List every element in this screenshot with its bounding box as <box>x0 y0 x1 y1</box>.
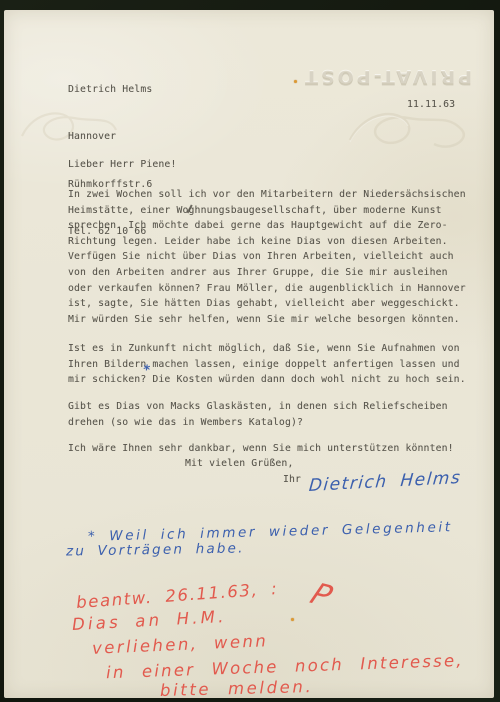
pinhole-dot <box>294 80 297 83</box>
sender-name: Dietrich Helms <box>68 82 152 98</box>
paragraph-2: Ist es in Zunkunft nicht möglich, daß Si… <box>68 341 466 388</box>
red-annotation-line-5: bitte melden. <box>160 677 314 700</box>
paragraph-3: Gibt es Dias von Macks Glaskästen, in de… <box>68 399 448 430</box>
handwritten-footnote-line-2: zu Vorträgen habe. <box>66 540 245 559</box>
emboss-swirl-ornament <box>330 100 480 158</box>
salutation: Lieber Herr Piene! <box>68 157 176 173</box>
paragraph-1: In zwei Wochen soll ich vor den Mitarbei… <box>68 187 466 327</box>
letter-date: 11.11.63 <box>407 97 455 113</box>
pinhole-dot <box>291 618 294 621</box>
scan-background: PRIVAT-POST Dietrich Helms Hannover Rühm… <box>0 0 500 702</box>
embossed-watermark-privat-post: PRIVAT-POST <box>302 66 472 88</box>
closing-ihr: Ihr <box>283 472 301 488</box>
closing-regards: Mit vielen Grüßen, <box>185 456 293 472</box>
sender-city: Hannover <box>68 129 152 145</box>
paragraph-4: Ich wäre Ihnen sehr dankbar, wenn Sie mi… <box>68 441 454 457</box>
